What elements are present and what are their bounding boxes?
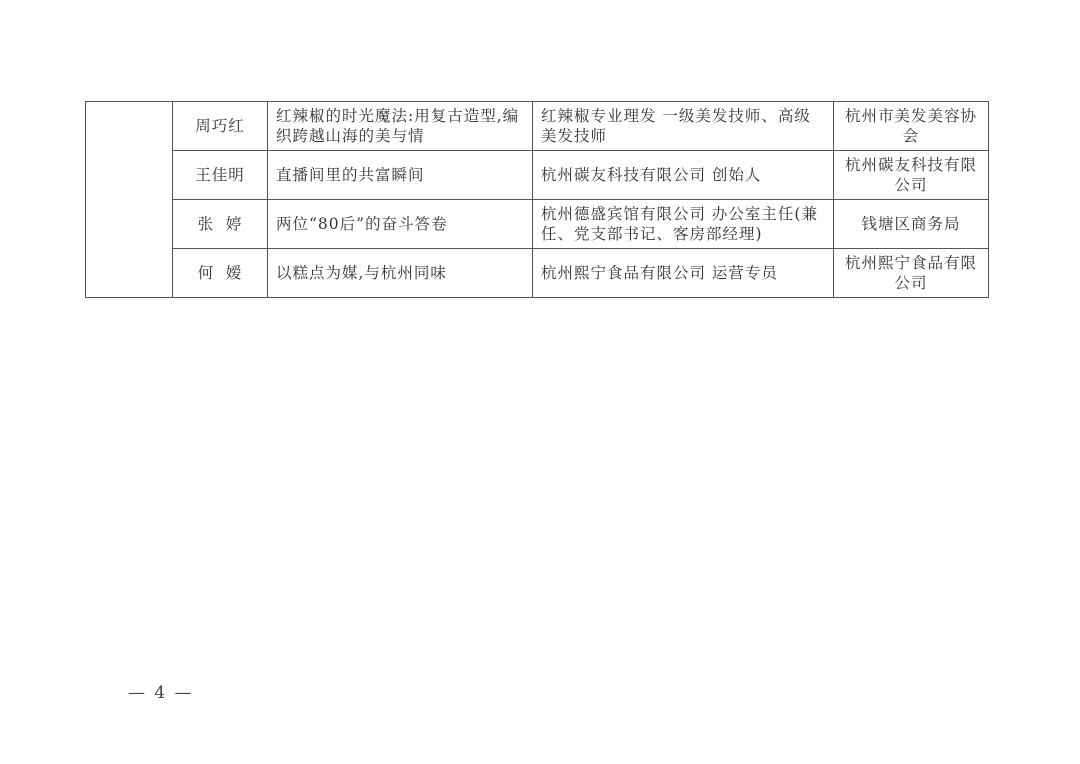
recommender-cell: 杭州市美发美容协会 — [834, 102, 989, 151]
page-number: — 4 — — [128, 683, 194, 703]
title-cell: 红辣椒的时光魔法:用复古造型,编织跨越山海的美与情 — [268, 102, 533, 151]
title-cell: 以糕点为媒,与杭州同味 — [268, 249, 533, 298]
name-cell: 王佳明 — [173, 151, 268, 200]
category-cell — [86, 102, 173, 298]
table-row: 张 婷 两位“80后”的奋斗答卷 杭州德盛宾馆有限公司 办公室主任(兼任、党支部… — [86, 200, 989, 249]
recommender-cell: 杭州碳友科技有限公司 — [834, 151, 989, 200]
table-row: 何 嫒 以糕点为媒,与杭州同味 杭州熙宁食品有限公司 运营专员 杭州熙宁食品有限… — [86, 249, 989, 298]
recommender-cell: 钱塘区商务局 — [834, 200, 989, 249]
name-cell: 张 婷 — [173, 200, 268, 249]
unit-position-cell: 杭州碳友科技有限公司 创始人 — [533, 151, 834, 200]
table-row: 王佳明 直播间里的共富瞬间 杭州碳友科技有限公司 创始人 杭州碳友科技有限公司 — [86, 151, 989, 200]
recommender-cell: 杭州熙宁食品有限公司 — [834, 249, 989, 298]
awardee-table: 周巧红 红辣椒的时光魔法:用复古造型,编织跨越山海的美与情 红辣椒专业理发 一级… — [85, 101, 989, 298]
title-cell: 两位“80后”的奋斗答卷 — [268, 200, 533, 249]
unit-position-cell: 红辣椒专业理发 一级美发技师、高级美发技师 — [533, 102, 834, 151]
name-cell: 周巧红 — [173, 102, 268, 151]
table-row: 周巧红 红辣椒的时光魔法:用复古造型,编织跨越山海的美与情 红辣椒专业理发 一级… — [86, 102, 989, 151]
unit-position-cell: 杭州德盛宾馆有限公司 办公室主任(兼任、党支部书记、客房部经理) — [533, 200, 834, 249]
title-cell: 直播间里的共富瞬间 — [268, 151, 533, 200]
unit-position-cell: 杭州熙宁食品有限公司 运营专员 — [533, 249, 834, 298]
name-cell: 何 嫒 — [173, 249, 268, 298]
